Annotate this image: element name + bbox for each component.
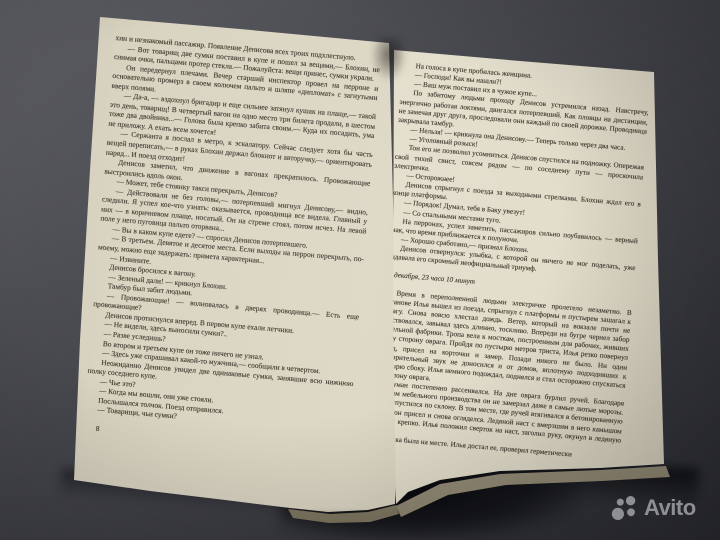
right-page-paragraphs: На голоса в купе пробилась женщина.— Гос… [386,61,651,283]
left-page-text: хин и незнакомый пассажир. Появление Ден… [82,33,381,454]
avito-brand-text: Avito [644,497,696,519]
product-photo: хин и незнакомый пассажир. Появление Ден… [0,0,720,540]
right-page-paragraphs-after-heading: Время в переполненной людьми электричке … [371,288,632,464]
avito-watermark: Avito [610,494,696,522]
right-page-text: На голоса в купе пробилась женщина.— Гос… [370,61,651,479]
spine-gutter-shadow [372,38,406,80]
left-page-paragraphs: хин и незнакомый пассажир. Появление Ден… [84,33,381,436]
avito-logo-icon [610,494,640,522]
